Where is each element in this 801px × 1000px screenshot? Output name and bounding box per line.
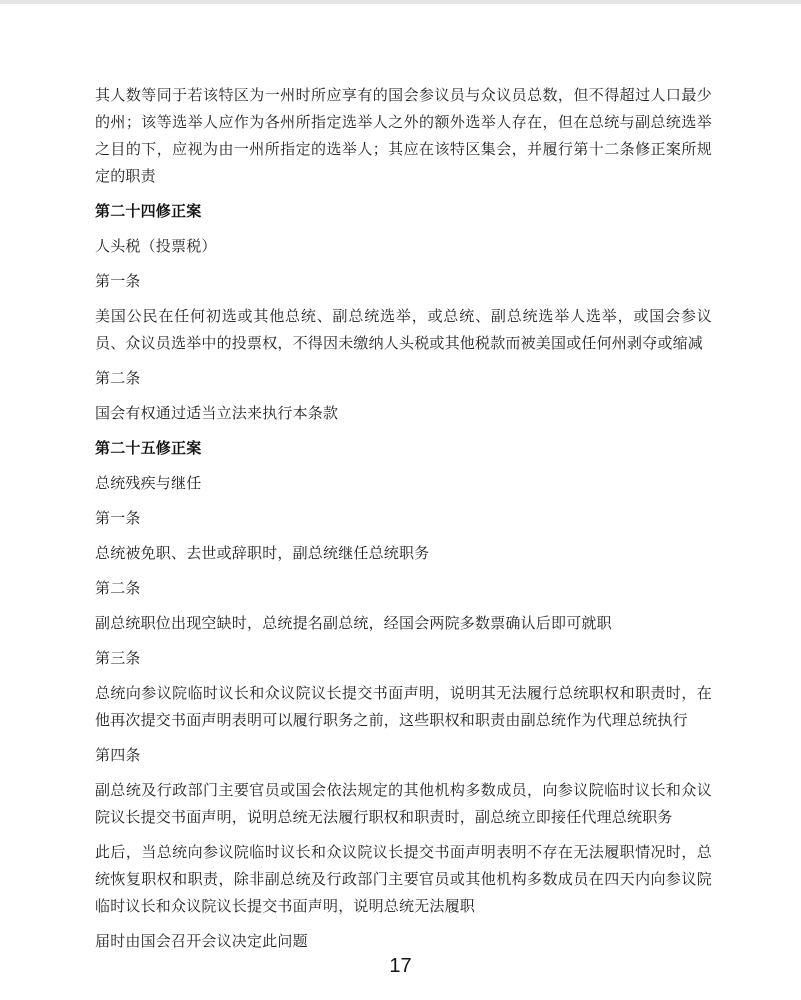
paragraph: 第一条 xyxy=(95,268,712,295)
paragraph: 第四条 xyxy=(95,742,712,769)
paragraph: 总统残疾与继任 xyxy=(95,470,712,497)
page-number: 17 xyxy=(389,955,411,977)
paragraph: 此后，当总统向参议院临时议长和众议院议长提交书面声明表明不存在无法履职情况时，总… xyxy=(95,839,712,920)
paragraph: 总统被免职、去世或辞职时，副总统继任总统职务 xyxy=(95,540,712,567)
section-heading: 第二十五修正案 xyxy=(95,435,712,462)
paragraph: 副总统职位出现空缺时，总统提名副总统，经国会两院多数票确认后即可就职 xyxy=(95,610,712,637)
paragraph: 总统向参议院临时议长和众议院议长提交书面声明，说明其无法履行总统职权和职责时，在… xyxy=(95,680,712,734)
paragraph: 其人数等同于若该特区为一州时所应享有的国会参议员与众议员总数，但不得超过人口最少… xyxy=(95,82,712,190)
page-top-edge xyxy=(0,0,801,4)
paragraph: 国会有权通过适当立法来执行本条款 xyxy=(95,400,712,427)
paragraph: 届时由国会召开会议决定此问题 xyxy=(95,928,712,955)
paragraph: 人头税（投票税） xyxy=(95,233,712,260)
paragraph: 第二条 xyxy=(95,575,712,602)
paragraph: 美国公民在任何初选或其他总统、副总统选举，或总统、副总统选举人选举，或国会参议员… xyxy=(95,303,712,357)
paragraph: 副总统及行政部门主要官员或国会依法规定的其他机构多数成员，向参议院临时议长和众议… xyxy=(95,777,712,831)
paragraph: 第一条 xyxy=(95,505,712,532)
page-footer: 17 xyxy=(0,953,801,980)
document-body: 其人数等同于若该特区为一州时所应享有的国会参议员与众议员总数，但不得超过人口最少… xyxy=(95,82,712,963)
paragraph: 第二条 xyxy=(95,365,712,392)
section-heading: 第二十四修正案 xyxy=(95,198,712,225)
paragraph: 第三条 xyxy=(95,645,712,672)
